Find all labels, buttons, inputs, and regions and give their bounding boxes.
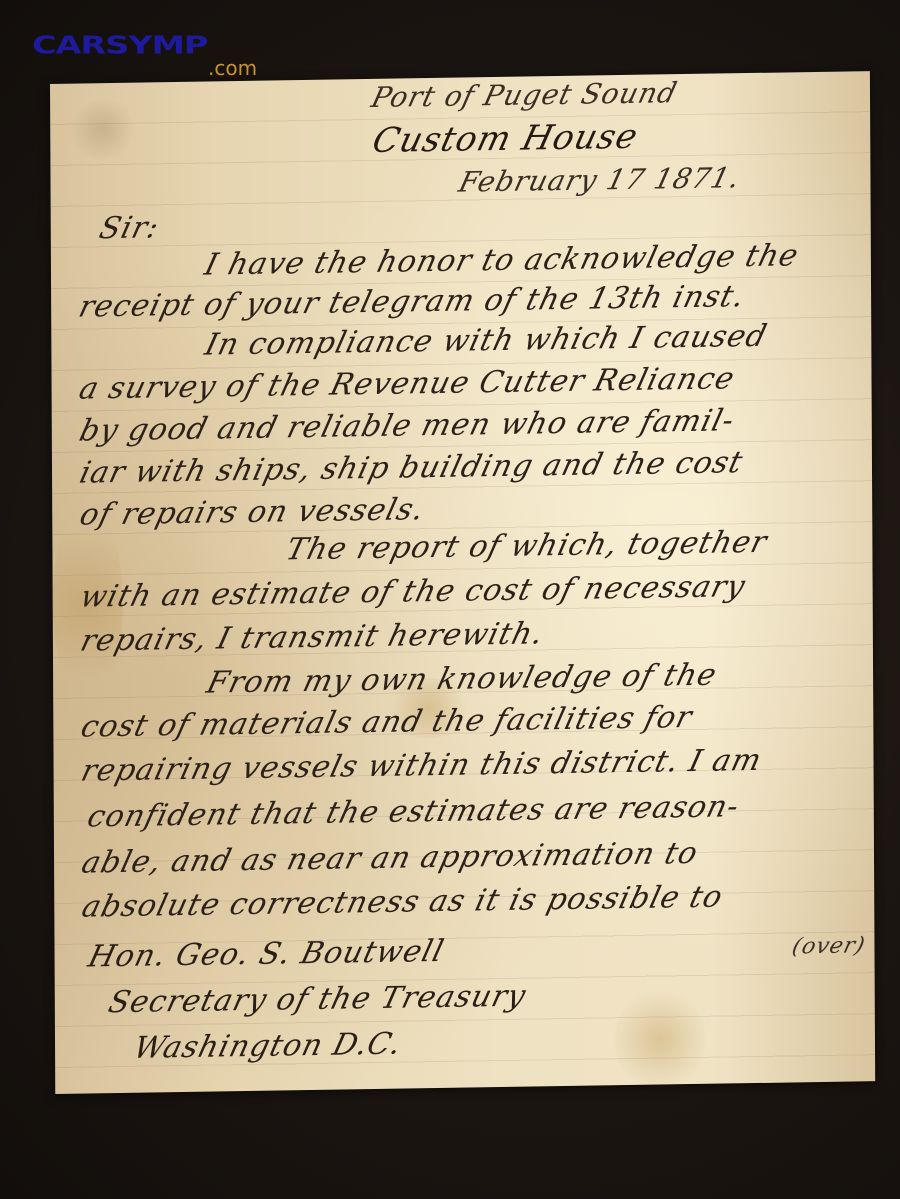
embossed-seal-mark — [68, 99, 138, 160]
body-line: of repairs on vessels. — [76, 492, 428, 533]
letterhead-custom-house: Custom House — [368, 117, 642, 161]
paper-stain — [615, 984, 706, 1095]
body-line: repairs, I transmit herewith. — [77, 616, 547, 658]
letter-date: February 17 1871. — [456, 161, 744, 199]
body-line: From my own knowledge of the — [203, 658, 720, 701]
watermark-brand: CARSYMP — [32, 34, 207, 59]
body-line: able, and as near an approximation to — [78, 836, 702, 881]
salutation: Sir: — [96, 210, 163, 246]
addressee-title: Secretary of the Treasury — [105, 979, 530, 1021]
body-line: with an estimate of the cost of necessar… — [77, 569, 749, 615]
letterhead-port: Port of Puget Sound — [368, 76, 681, 114]
body-line: a survey of the Revenue Cutter Reliance — [76, 361, 739, 406]
letter-paper: Port of Puget Sound Custom House Februar… — [50, 71, 875, 1094]
body-line: I have the honor to acknowledge the — [201, 238, 802, 282]
watermark-suffix: .com — [208, 58, 257, 78]
body-line: receipt of your telegram of the 13th ins… — [75, 279, 748, 325]
body-line: confident that the estimates are reason- — [84, 789, 743, 834]
body-line: iar with ships, ship building and the co… — [76, 445, 747, 491]
addressee-name: Hon. Geo. S. Boutwell — [85, 934, 448, 975]
body-line: The report of which, together — [283, 525, 771, 568]
body-line: repairing vessels within this district. … — [78, 743, 766, 789]
body-line: absolute correctness as it is possible t… — [78, 879, 726, 924]
body-line: cost of materials and the facilities for — [77, 700, 696, 745]
watermark-logo: CARSYMP .com — [32, 34, 277, 84]
addressee-location: Washington D.C. — [130, 1027, 405, 1066]
body-line: In compliance with which I caused — [201, 319, 770, 363]
body-line: by good and reliable men who are famil- — [76, 403, 738, 448]
catchword-over: (over) — [790, 933, 868, 959]
